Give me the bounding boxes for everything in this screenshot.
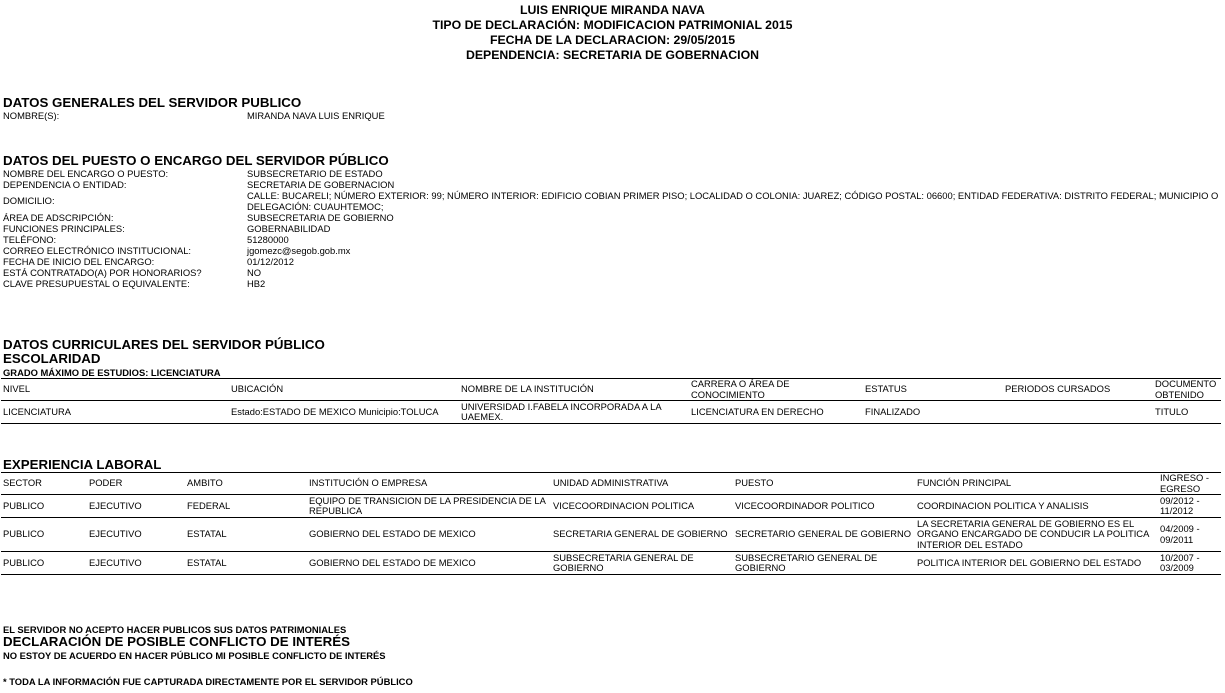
table-cell: ESTATAL <box>185 518 307 552</box>
field-label: ÁREA DE ADSCRIPCIÓN: <box>3 212 113 223</box>
field-value: GOBERNABILIDAD <box>247 223 1222 234</box>
table-cell: SUBSECRETARIA GENERAL DE GOBIERNO <box>551 552 733 575</box>
table-header-row: NIVEL UBICACIÓN NOMBRE DE LA INSTITUCIÓN… <box>1 379 1221 401</box>
column-header: AMBITO <box>185 473 307 495</box>
field-label: DEPENDENCIA O ENTIDAD: <box>3 179 126 190</box>
column-header: INSTITUCIÓN O EMPRESA <box>307 473 551 495</box>
column-header: UBICACIÓN <box>229 379 459 401</box>
experience-section-title: EXPERIENCIA LABORAL <box>3 458 161 472</box>
column-header: NIVEL <box>1 379 229 401</box>
field-value: jgomezc@segob.gob.mx <box>247 245 1222 256</box>
table-row: PUBLICO EJECUTIVO ESTATAL GOBIERNO DEL E… <box>1 518 1221 552</box>
table-cell: LICENCIATURA EN DERECHO <box>689 401 863 424</box>
field-value: 01/12/2012 <box>247 256 1222 267</box>
field-label: CLAVE PRESUPUESTAL O EQUIVALENTE: <box>3 278 190 289</box>
column-header: PODER <box>87 473 185 495</box>
curricular-section-title: DATOS CURRICULARES DEL SERVIDOR PÚBLICO <box>3 338 325 352</box>
document-header: LUIS ENRIQUE MIRANDA NAVA TIPO DE DECLAR… <box>0 3 1225 63</box>
column-header: SECTOR <box>1 473 87 495</box>
footnote: * TODA LA INFORMACIÓN FUE CAPTURADA DIRE… <box>3 676 413 687</box>
table-cell: PUBLICO <box>1 518 87 552</box>
field-label: FECHA DE INICIO DEL ENCARGO: <box>3 256 154 267</box>
table-cell: FINALIZADO <box>863 401 1003 424</box>
field-value: SECRETARIA DE GOBERNACION <box>247 179 1222 190</box>
table-cell: EJECUTIVO <box>87 495 185 518</box>
table-cell: EQUIPO DE TRANSICION DE LA PRESIDENCIA D… <box>307 495 551 518</box>
table-cell: SUBSECRETARIO GENERAL DE GOBIERNO <box>733 552 915 575</box>
column-header: UNIDAD ADMINISTRATIVA <box>551 473 733 495</box>
field-value: HB2 <box>247 278 1222 289</box>
table-cell: SECRETARIA GENERAL DE GOBIERNO <box>551 518 733 552</box>
table-row: LICENCIATURA Estado:ESTADO DE MEXICO Mun… <box>1 401 1221 424</box>
column-header: INGRESO - EGRESO <box>1158 473 1221 495</box>
declaration-type-heading: TIPO DE DECLARACIÓN: MODIFICACION PATRIM… <box>0 18 1225 33</box>
column-header: PERIODOS CURSADOS <box>1003 379 1153 401</box>
field-value: CALLE: BUCARELI; NÚMERO EXTERIOR: 99; NÚ… <box>247 190 1222 212</box>
table-cell: UNIVERSIDAD I.FABELA INCORPORADA A LA UA… <box>459 401 689 424</box>
field-value: SUBSECRETARIA DE GOBIERNO <box>247 212 1222 223</box>
column-header: DOCUMENTO OBTENIDO <box>1153 379 1221 401</box>
column-header: CARRERA O ÁREA DE CONOCIMIENTO <box>689 379 863 401</box>
field-label: TELÉFONO: <box>3 234 56 245</box>
column-header: PUESTO <box>733 473 915 495</box>
table-cell: PUBLICO <box>1 495 87 518</box>
table-cell <box>1003 401 1153 424</box>
table-cell: FEDERAL <box>185 495 307 518</box>
table-cell: GOBIERNO DEL ESTADO DE MEXICO <box>307 552 551 575</box>
schooling-table: NIVEL UBICACIÓN NOMBRE DE LA INSTITUCIÓN… <box>1 378 1221 424</box>
conflict-title: DECLARACIÓN DE POSIBLE CONFLICTO DE INTE… <box>3 635 350 649</box>
servant-name-heading: LUIS ENRIQUE MIRANDA NAVA <box>0 3 1225 18</box>
table-cell: EJECUTIVO <box>87 552 185 575</box>
table-row: PUBLICO EJECUTIVO FEDERAL EQUIPO DE TRAN… <box>1 495 1221 518</box>
table-cell: VICECOORDINACION POLITICA <box>551 495 733 518</box>
field-value: NO <box>247 267 1222 278</box>
table-cell: ESTATAL <box>185 552 307 575</box>
conflict-text: NO ESTOY DE ACUERDO EN HACER PÚBLICO MI … <box>3 650 386 661</box>
field-label: FUNCIONES PRINCIPALES: <box>3 223 125 234</box>
field-label: CORREO ELECTRÓNICO INSTITUCIONAL: <box>3 245 191 256</box>
table-header-row: SECTOR PODER AMBITO INSTITUCIÓN O EMPRES… <box>1 473 1221 495</box>
table-cell: SECRETARIO GENERAL DE GOBIERNO <box>733 518 915 552</box>
schooling-title: ESCOLARIDAD <box>3 352 101 366</box>
table-cell: LA SECRETARIA GENERAL DE GOBIERNO ES EL … <box>915 518 1158 552</box>
column-header: NOMBRE DE LA INSTITUCIÓN <box>459 379 689 401</box>
experience-table: SECTOR PODER AMBITO INSTITUCIÓN O EMPRES… <box>1 472 1221 575</box>
table-cell: GOBIERNO DEL ESTADO DE MEXICO <box>307 518 551 552</box>
table-cell: Estado:ESTADO DE MEXICO Municipio:TOLUCA <box>229 401 459 424</box>
table-row: PUBLICO EJECUTIVO ESTATAL GOBIERNO DEL E… <box>1 552 1221 575</box>
field-value: 51280000 <box>247 234 1222 245</box>
column-header: FUNCIÓN PRINCIPAL <box>915 473 1158 495</box>
table-cell: 10/2007 - 03/2009 <box>1158 552 1221 575</box>
table-cell: PUBLICO <box>1 552 87 575</box>
table-cell: LICENCIATURA <box>1 401 229 424</box>
field-label: NOMBRE(S): <box>3 110 59 121</box>
column-header: ESTATUS <box>863 379 1003 401</box>
table-cell: COORDINACION POLITICA Y ANALISIS <box>915 495 1158 518</box>
field-value: SUBSECRETARIO DE ESTADO <box>247 168 1222 179</box>
general-section-title: DATOS GENERALES DEL SERVIDOR PUBLICO <box>3 96 301 110</box>
table-cell: 09/2012 - 11/2012 <box>1158 495 1221 518</box>
field-label: DOMICILIO: <box>3 195 55 206</box>
max-degree-label: GRADO MÁXIMO DE ESTUDIOS: LICENCIATURA <box>3 367 221 378</box>
table-cell: VICECOORDINADOR POLITICO <box>733 495 915 518</box>
field-label: NOMBRE DEL ENCARGO O PUESTO: <box>3 168 168 179</box>
field-value: MIRANDA NAVA LUIS ENRIQUE <box>247 110 1222 121</box>
table-cell: TITULO <box>1153 401 1221 424</box>
field-label: ESTÁ CONTRATADO(A) POR HONORARIOS? <box>3 267 202 278</box>
agency-heading: DEPENDENCIA: SECRETARIA DE GOBERNACION <box>0 48 1225 63</box>
table-cell: POLITICA INTERIOR DEL GOBIERNO DEL ESTAD… <box>915 552 1158 575</box>
table-cell: 04/2009 - 09/2011 <box>1158 518 1221 552</box>
declaration-date-heading: FECHA DE LA DECLARACION: 29/05/2015 <box>0 33 1225 48</box>
position-section-title: DATOS DEL PUESTO O ENCARGO DEL SERVIDOR … <box>3 154 389 168</box>
table-cell: EJECUTIVO <box>87 518 185 552</box>
